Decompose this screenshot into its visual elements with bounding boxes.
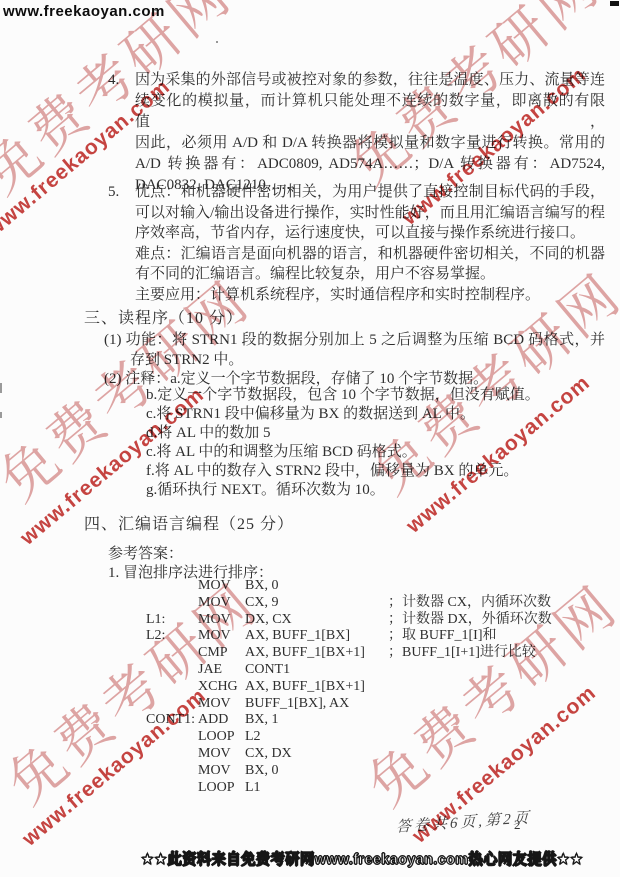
asm-row: MOVCX, 9；计数器 CX，内循环次数 — [146, 595, 606, 612]
item-marker: 4. — [108, 70, 135, 196]
asm-row: LOOPL2 — [146, 729, 606, 746]
asm-comment: ；计数器 CX，内循环次数 — [388, 595, 606, 612]
asm-args: L1 — [245, 780, 388, 797]
answer-line: 序效率高，节省内存，运行速度快，可以直接与操作系统进行接口。 — [135, 223, 605, 244]
asm-label — [146, 662, 198, 679]
function-note-line-2: 存到 STRN2 中。 — [130, 348, 243, 369]
asm-row: XCHGAX, BUFF_1[BX+1] — [146, 679, 606, 696]
answer-line: 因此，必须用 A/D 和 D/A 转换器将模拟量和数字量进行转换。常用的 — [135, 133, 605, 154]
section-3-title: 三、读程序（10 分） — [84, 305, 243, 328]
asm-op: MOV — [198, 696, 245, 713]
asm-comment — [388, 662, 606, 679]
asm-op: LOOP — [198, 780, 245, 797]
asm-comment — [388, 696, 606, 713]
asm-label: CONT1: — [146, 712, 198, 729]
asm-row: MOVBUFF_1[BX], AX — [146, 696, 606, 713]
asm-label — [146, 780, 198, 797]
asm-row: MOVCX, DX — [146, 746, 606, 763]
scan-edge-artifact — [0, 412, 2, 418]
asm-op: MOV — [198, 612, 245, 629]
answer-line: 可以对输入/输出设备进行操作，实时性能好，而且用汇编语言编写的程 — [135, 203, 605, 224]
footer-banner: ★★此资料来自免费考研网www.freekaoyan.com热心网友提供★★ — [141, 848, 583, 869]
asm-label: L2: — [146, 628, 198, 645]
answer-line: 难点：汇编语言是面向机器的语言，和机器硬件密切相关，不同的机器 — [135, 244, 605, 265]
asm-args: CX, DX — [245, 746, 388, 763]
answer-line: 有不同的汇编语言。编程比较复杂，用户不容易掌握。 — [135, 264, 605, 285]
section-4-title: 四、汇编语言编程（25 分） — [84, 511, 294, 534]
note-line: f.将 AL 中的数存入 STRN2 段中，偏移量为 BX 的单元。 — [146, 462, 540, 481]
asm-op: ADD — [198, 712, 245, 729]
answer-item-4: 4. 因为采集的外部信号或被控对象的参数，往往是温度、压力、流量等连 续变化的模… — [108, 70, 605, 196]
asm-op: MOV — [198, 578, 245, 595]
asm-row: L2:MOVAX, BUFF_1[BX]；取 BUFF_1[I]和 — [146, 628, 606, 645]
asm-row: JAECONT1 — [146, 662, 606, 679]
note-line: c.将 STRN1 段中偏移量为 BX 的数据送到 AL 中。 — [146, 405, 540, 424]
asm-comment: ；BUFF_1[I+1]进行比较 — [388, 645, 606, 662]
answer-line: A/D 转换器有：ADC0809, AD574A……；D/A 转换器有：AD75… — [135, 154, 605, 175]
handwritten-page-note: 答卷共6页,第2页 — [396, 806, 532, 837]
answer-line: 优点：和机器硬件密切相关，为用户提供了直接控制目标代码的手段， — [135, 182, 605, 203]
item-marker: 5. — [108, 182, 135, 305]
asm-comment — [388, 712, 606, 729]
asm-row: MOVBX, 0 — [146, 578, 606, 595]
asm-label — [146, 746, 198, 763]
asm-op: MOV — [198, 628, 245, 645]
asm-args: AX, BUFF_1[BX+1] — [245, 679, 388, 696]
asm-label — [146, 729, 198, 746]
asm-label — [146, 645, 198, 662]
asm-args: BUFF_1[BX], AX — [245, 696, 388, 713]
item-text: 因为采集的外部信号或被控对象的参数，往往是温度、压力、流量等连 续变化的模拟量，… — [135, 70, 605, 196]
asm-op: MOV — [198, 763, 245, 780]
asm-label: L1: — [146, 612, 198, 629]
asm-args: AX, BUFF_1[BX+1] — [245, 645, 388, 662]
asm-args: DX, CX — [245, 612, 388, 629]
asm-op: CMP — [198, 645, 245, 662]
answer-line: 主要应用：计算机系统程序，实时通信程序和实时控制程序。 — [135, 285, 605, 306]
header-site-url: www.freekaoyan.com — [3, 3, 165, 20]
asm-op: XCHG — [198, 679, 245, 696]
asm-args: BX, 0 — [245, 763, 388, 780]
asm-comment — [388, 679, 606, 696]
asm-comment — [388, 578, 606, 595]
note-line: c.将 AL 中的和调整为压缩 BCD 码格式。 — [146, 443, 540, 462]
answer-item-5: 5. 优点：和机器硬件密切相关，为用户提供了直接控制目标代码的手段， 可以对输入… — [108, 182, 605, 305]
notes-lead-line: (2) 注释：a.定义一个字节数据段，存储了 10 个字节数据。 — [104, 367, 488, 388]
asm-row: CONT1:ADDBX, 1 — [146, 712, 606, 729]
asm-args: BX, 1 — [245, 712, 388, 729]
page-number: 2 — [514, 817, 521, 833]
asm-args: L2 — [245, 729, 388, 746]
function-note-line-1: (1) 功能：将 STRN1 段的数据分别加上 5 之后调整为压缩 BCD 码格… — [104, 328, 605, 349]
asm-op: MOV — [198, 746, 245, 763]
asm-row: MOVBX, 0 — [146, 763, 606, 780]
asm-comment — [388, 763, 606, 780]
asm-args: AX, BUFF_1[BX] — [245, 628, 388, 645]
asm-row: CMPAX, BUFF_1[BX+1]；BUFF_1[I+1]进行比较 — [146, 645, 606, 662]
scanned-document-page: www.freekaoyan.com 4. 因为采集的外部信号或被控对象的参数，… — [0, 0, 620, 877]
answer-line: 因为采集的外部信号或被控对象的参数，往往是温度、压力、流量等连 — [135, 70, 605, 91]
asm-code-block: MOVBX, 0 MOVCX, 9；计数器 CX，内循环次数 L1:MOVDX,… — [146, 578, 606, 796]
scan-edge-artifact — [0, 383, 2, 393]
scan-speck — [155, 9, 157, 11]
asm-args: CX, 9 — [245, 595, 388, 612]
asm-args: CONT1 — [245, 662, 388, 679]
reference-answer-label: 参考答案： — [108, 542, 183, 563]
asm-comment — [388, 746, 606, 763]
note-line: b.定义一个字节数据段，包含 10 个字节数据，但没有赋值。 — [146, 386, 540, 405]
scan-speck — [216, 41, 218, 43]
asm-op: MOV — [198, 595, 245, 612]
note-line: d.将 AL 中的数加 5 — [146, 424, 540, 443]
note-line: g.循环执行 NEXT。循环次数为 10。 — [146, 481, 540, 500]
asm-label — [146, 763, 198, 780]
asm-comment: ；计数器 DX，外循环次数 — [388, 612, 606, 629]
item-text: 优点：和机器硬件密切相关，为用户提供了直接控制目标代码的手段， 可以对输入/输出… — [135, 182, 605, 305]
asm-comment — [388, 780, 606, 797]
asm-comment: ；取 BUFF_1[I]和 — [388, 628, 606, 645]
asm-label — [146, 679, 198, 696]
answer-line: 续变化的模拟量，而计算机只能处理不连续的数字量，即离散的有限值， — [135, 91, 605, 133]
asm-row: L1:MOVDX, CX；计数器 DX，外循环次数 — [146, 612, 606, 629]
asm-args: BX, 0 — [245, 578, 388, 595]
scan-corner-mark — [610, 1, 619, 6]
asm-op: LOOP — [198, 729, 245, 746]
asm-label — [146, 578, 198, 595]
asm-op: JAE — [198, 662, 245, 679]
asm-label — [146, 595, 198, 612]
notes-list: b.定义一个字节数据段，包含 10 个字节数据，但没有赋值。 c.将 STRN1… — [146, 386, 540, 500]
asm-row: LOOPL1 — [146, 780, 606, 797]
asm-label — [146, 696, 198, 713]
asm-comment — [388, 729, 606, 746]
